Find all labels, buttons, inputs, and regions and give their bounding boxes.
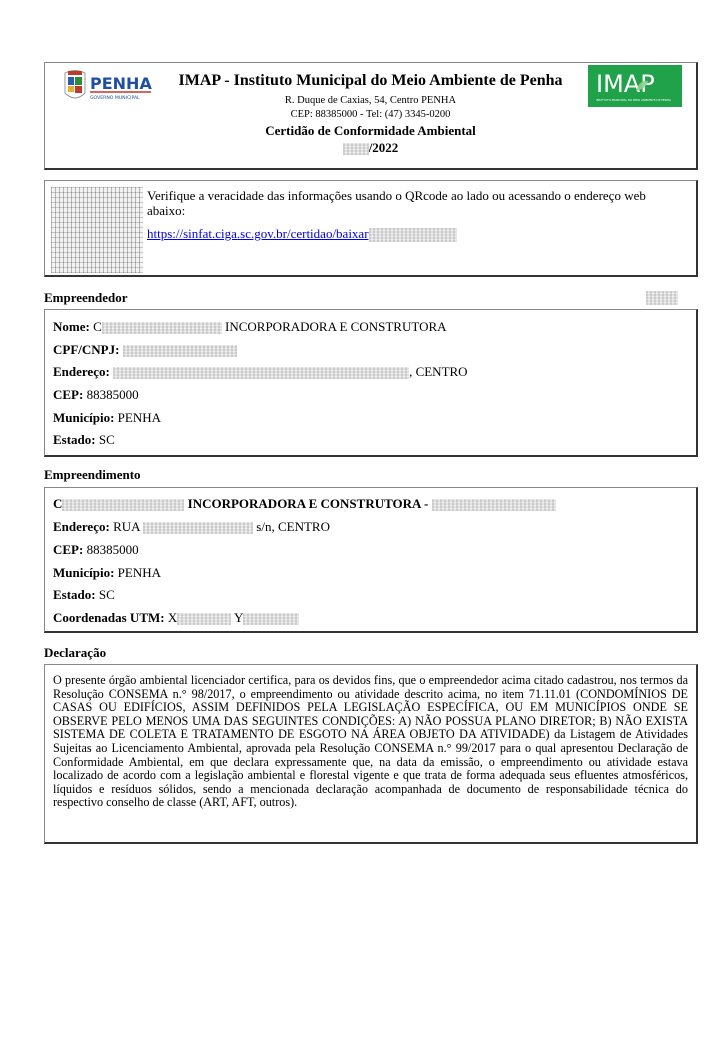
verification-text: Verifique a veracidade das informações u… xyxy=(147,188,682,218)
redacted-number xyxy=(343,143,369,155)
redacted-stamp xyxy=(646,291,678,305)
field-estado: Estado: SC xyxy=(53,432,115,448)
verification-link[interactable]: https://sinfat.ciga.sc.gov.br/certidao/b… xyxy=(147,226,457,242)
empreendimento-box: C INCORPORADORA E CONSTRUTORA - Endereço… xyxy=(44,487,698,633)
field-estado: Estado: SC xyxy=(53,587,115,603)
declaration-text: O presente órgão ambiental licenciador c… xyxy=(53,674,688,810)
field-cep: CEP: 88385000 xyxy=(53,387,139,403)
section-label-declaracao: Declaração xyxy=(44,645,106,661)
redacted-cnpj xyxy=(123,345,237,357)
section-label-empreendimento: Empreendimento xyxy=(44,467,141,483)
header-box: PENHA GOVERNO MUNICIPAL IMAP - Instituto… xyxy=(44,62,698,170)
redacted-utm-x xyxy=(177,613,231,625)
section-label-empreendedor: Empreendedor xyxy=(44,290,128,306)
field-empreendimento-nome: C INCORPORADORA E CONSTRUTORA - xyxy=(53,496,556,512)
redacted-utm-y xyxy=(243,613,299,625)
redacted-name xyxy=(62,499,184,511)
redacted-project xyxy=(432,499,556,511)
verification-box: Verifique a veracidade das informações u… xyxy=(44,180,698,277)
field-nome: Nome: C INCORPORADORA E CONSTRUTORA xyxy=(53,319,447,335)
redacted-street xyxy=(143,522,253,534)
redacted-link-suffix xyxy=(369,228,457,242)
document-title: Certidão de Conformidade Ambiental xyxy=(45,123,696,139)
imap-logo: IMAP INSTITUTO MUNICIPAL DO MEIO AMBIENT… xyxy=(588,65,682,107)
field-cep: CEP: 88385000 xyxy=(53,542,139,558)
field-municipio: Município: PENHA xyxy=(53,565,161,581)
redacted-name xyxy=(102,322,222,334)
field-endereco: Endereço: , CENTRO xyxy=(53,364,468,380)
declaracao-box: O presente órgão ambiental licenciador c… xyxy=(44,664,698,844)
field-municipio: Município: PENHA xyxy=(53,410,161,426)
field-coordenadas-utm: Coordenadas UTM: X Y xyxy=(53,610,299,626)
field-endereco: Endereço: RUA s/n, CENTRO xyxy=(53,519,330,535)
institute-contact: CEP: 88385000 - Tel: (47) 3345-0200 xyxy=(45,109,696,120)
empreendedor-box: Nome: C INCORPORADORA E CONSTRUTORA CPF/… xyxy=(44,309,698,457)
redacted-address xyxy=(113,367,409,379)
svg-text:INSTITUTO MUNICIPAL DO MEIO AM: INSTITUTO MUNICIPAL DO MEIO AMBIENTE DE … xyxy=(596,98,671,102)
qr-code[interactable] xyxy=(51,187,143,273)
document-number: /2022 xyxy=(45,140,696,156)
field-cpf-cnpj: CPF/CNPJ: xyxy=(53,342,237,358)
